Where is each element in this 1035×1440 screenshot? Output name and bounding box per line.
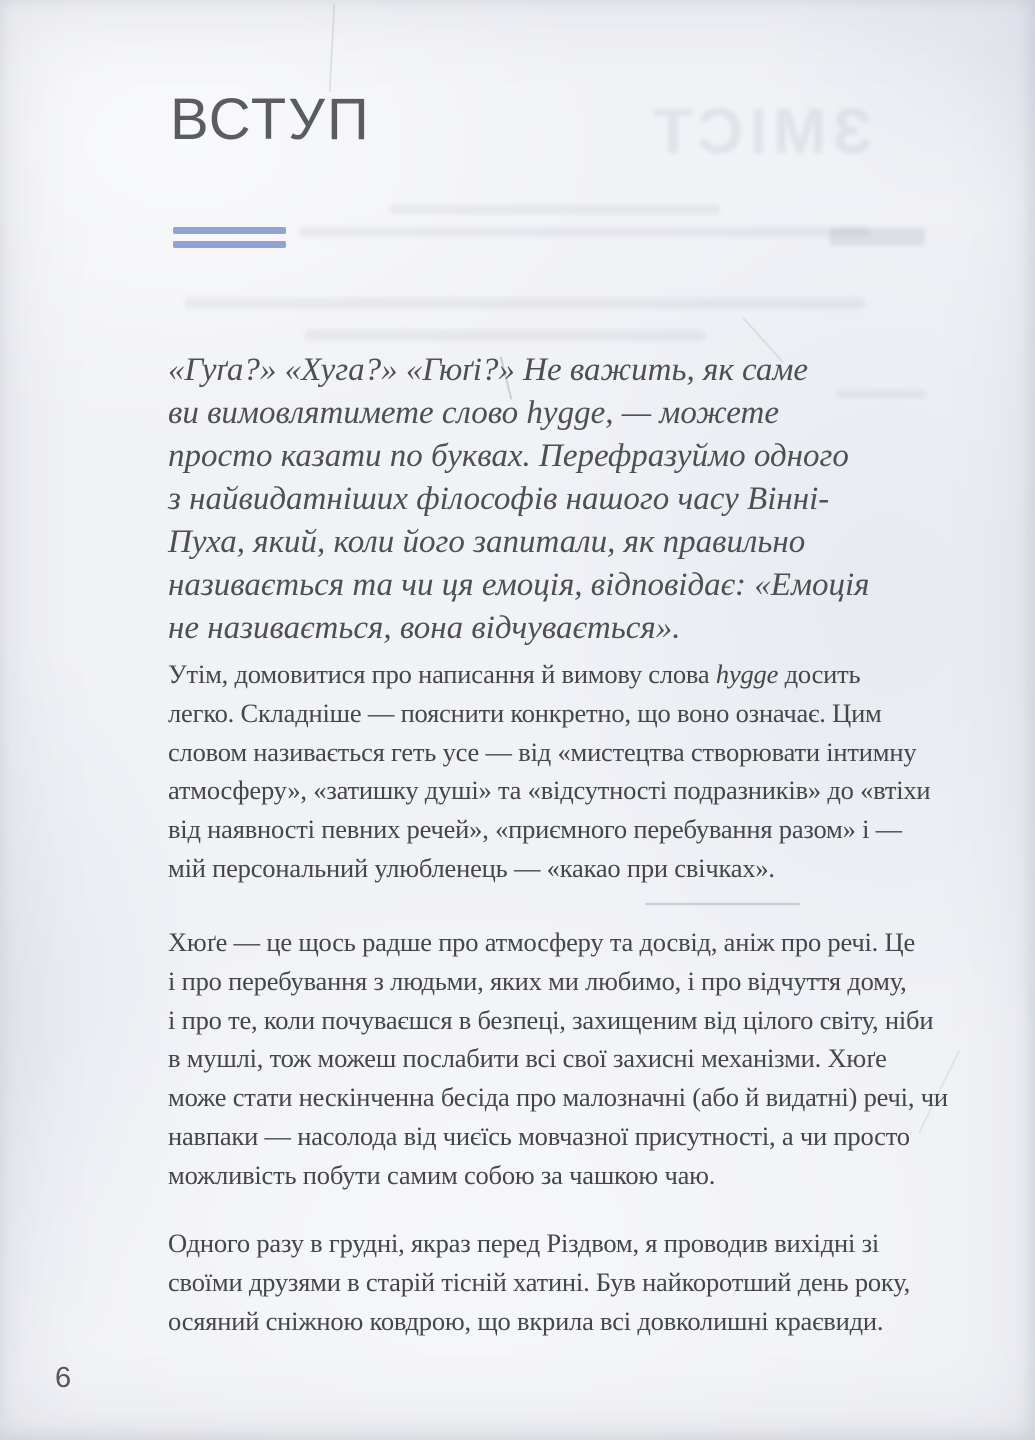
paragraph-1: Утім, домовитися про написання й вимову … [168, 655, 930, 888]
page-number: 6 [55, 1362, 71, 1395]
text-line: легко. Складніше — пояснити конкретно, щ… [168, 694, 930, 733]
text-line: від наявності певних речей», «приємного … [168, 810, 930, 849]
epigraph-line: просто казати по буквах. Перефразуймо од… [168, 435, 870, 478]
epigraph-line: з найвидатніших філософів нашого часу Ві… [168, 478, 870, 521]
hygge-italic: hygge [716, 659, 778, 689]
bleed-through-title: ЗМІСТ [600, 94, 920, 168]
text-line: можливість побути самим собою за чашкою … [168, 1156, 948, 1195]
text-line: своїми друзями в старій тісній хатині. Б… [168, 1263, 910, 1302]
text-line: словом називається геть усе — від «мисте… [168, 733, 930, 772]
text-line: і про те, коли почуваєшся в безпеці, зах… [168, 1001, 948, 1040]
text-line: Одного разу в грудні, якраз перед Різдво… [168, 1224, 910, 1263]
bleed-through-line [390, 205, 720, 214]
double-bar-icon [173, 227, 286, 248]
bleed-through-rule [645, 903, 800, 905]
bleed-through-line [830, 228, 925, 246]
epigraph: «Гуґа?» «Хуга?» «Гюґі?» Не важить, як са… [168, 349, 870, 650]
rule-bar [173, 241, 286, 248]
paragraph-3: Одного разу в грудні, якраз перед Різдво… [168, 1224, 910, 1340]
scanned-book-page: ЗМІСТ ВСТУП «Гуґа?» «Хуга?» «Гюґі?» Не в… [0, 0, 1035, 1440]
text-line: може стати нескінченна бесіда про малозн… [168, 1078, 948, 1117]
text-segment: досить [778, 659, 860, 689]
epigraph-line: не називається, вона відчувається». [168, 607, 870, 650]
text-segment: Утім, домовитися про написання й вимову … [168, 659, 716, 689]
chapter-title: ВСТУП [170, 88, 371, 152]
text-line: навпаки — насолода від чиєїсь мовчазної … [168, 1117, 948, 1156]
epigraph-line: ви вимовлятимете слово hygge, — можете [168, 392, 870, 435]
epigraph-line: називається та чи ця емоція, відповідає:… [168, 564, 870, 607]
epigraph-line: Пуха, який, коли його запитали, як прави… [168, 521, 870, 564]
paragraph-2: Хюґе — це щось радше про атмосферу та до… [168, 923, 948, 1195]
bleed-through-line [185, 298, 865, 309]
text-line: осяяний сніжною ковдрою, що вкрила всі д… [168, 1302, 910, 1341]
scan-scratch [329, 4, 336, 92]
rule-bar [173, 227, 286, 234]
text-line: атмосферу», «затишку душі» та «відсутнос… [168, 771, 930, 810]
text-line: Хюґе — це щось радше про атмосферу та до… [168, 923, 948, 962]
text-line: мій персональний улюбленець — «какао при… [168, 849, 930, 888]
text-line: в мушлі, тож можеш послабити всі свої за… [168, 1039, 948, 1078]
text-line: і про перебування з людьми, яких ми люби… [168, 962, 948, 1001]
epigraph-line: «Гуґа?» «Хуга?» «Гюґі?» Не важить, як са… [168, 349, 870, 392]
bleed-through-line [305, 330, 705, 341]
bleed-through-line [300, 227, 870, 237]
text-line: Утім, домовитися про написання й вимову … [168, 655, 930, 694]
